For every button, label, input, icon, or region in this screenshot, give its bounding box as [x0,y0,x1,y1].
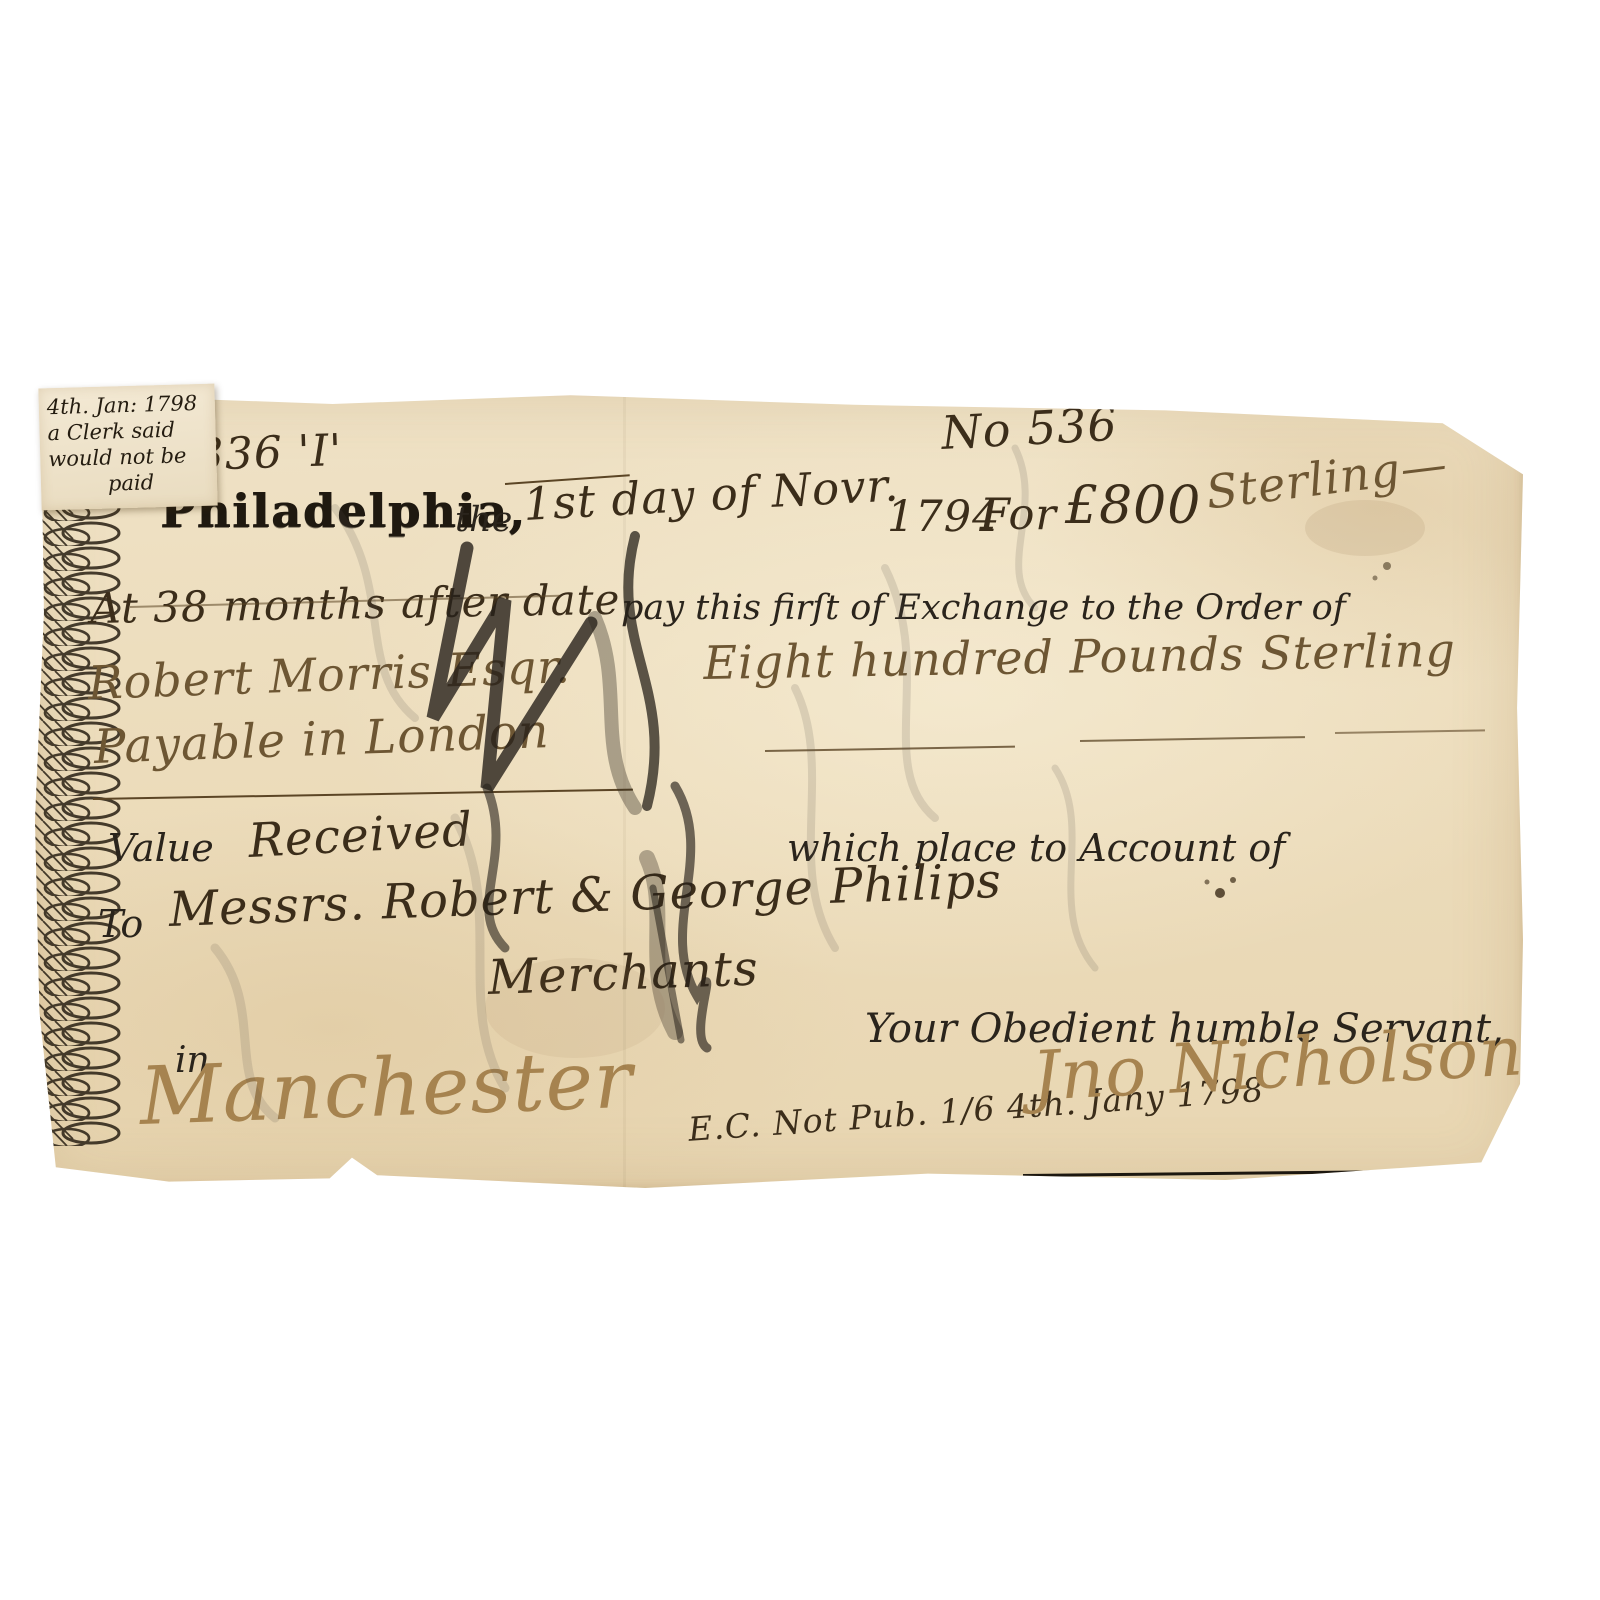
term-script: At 38 months after date [90,575,621,633]
city-script: Manchester [138,1033,635,1143]
docket-number: 336 'I' [195,425,343,481]
payable-script: Payable in London [93,704,550,775]
amount-words-script: Eight hundred Pounds Sterling [703,623,1456,690]
to-label: To [98,902,143,946]
merchants-script: Merchants [487,941,760,1006]
bill-number: No 536 [940,397,1119,460]
dash-line-3 [1335,729,1485,734]
amount-currency: Sterling— [1203,436,1450,519]
date-script: 1st day of Novr. [522,458,901,531]
payee-script: Robert Morris Esqr. [87,639,572,710]
pay-printed: pay this firſt of Exchange to the Order … [621,588,1346,628]
slip-line-4: paid [49,468,214,499]
slip-line-1: 4th. Jan: 1798 [46,390,211,421]
signature-underline [1023,1169,1483,1177]
value-label: Value [108,826,214,870]
amount-figures: £800 [1065,476,1201,536]
dash-line-1 [765,746,1015,752]
annotation-slip: 4th. Jan: 1798 a Clerk said would not be… [38,384,217,511]
for-label: For [980,490,1057,540]
payable-underline [93,789,633,800]
dash-line-2 [1080,736,1305,742]
received-script: Received [247,802,474,869]
document-paper: 336 'I' No 536 Philadelphia, the 1st day… [35,388,1523,1188]
the-label: the [455,500,512,540]
